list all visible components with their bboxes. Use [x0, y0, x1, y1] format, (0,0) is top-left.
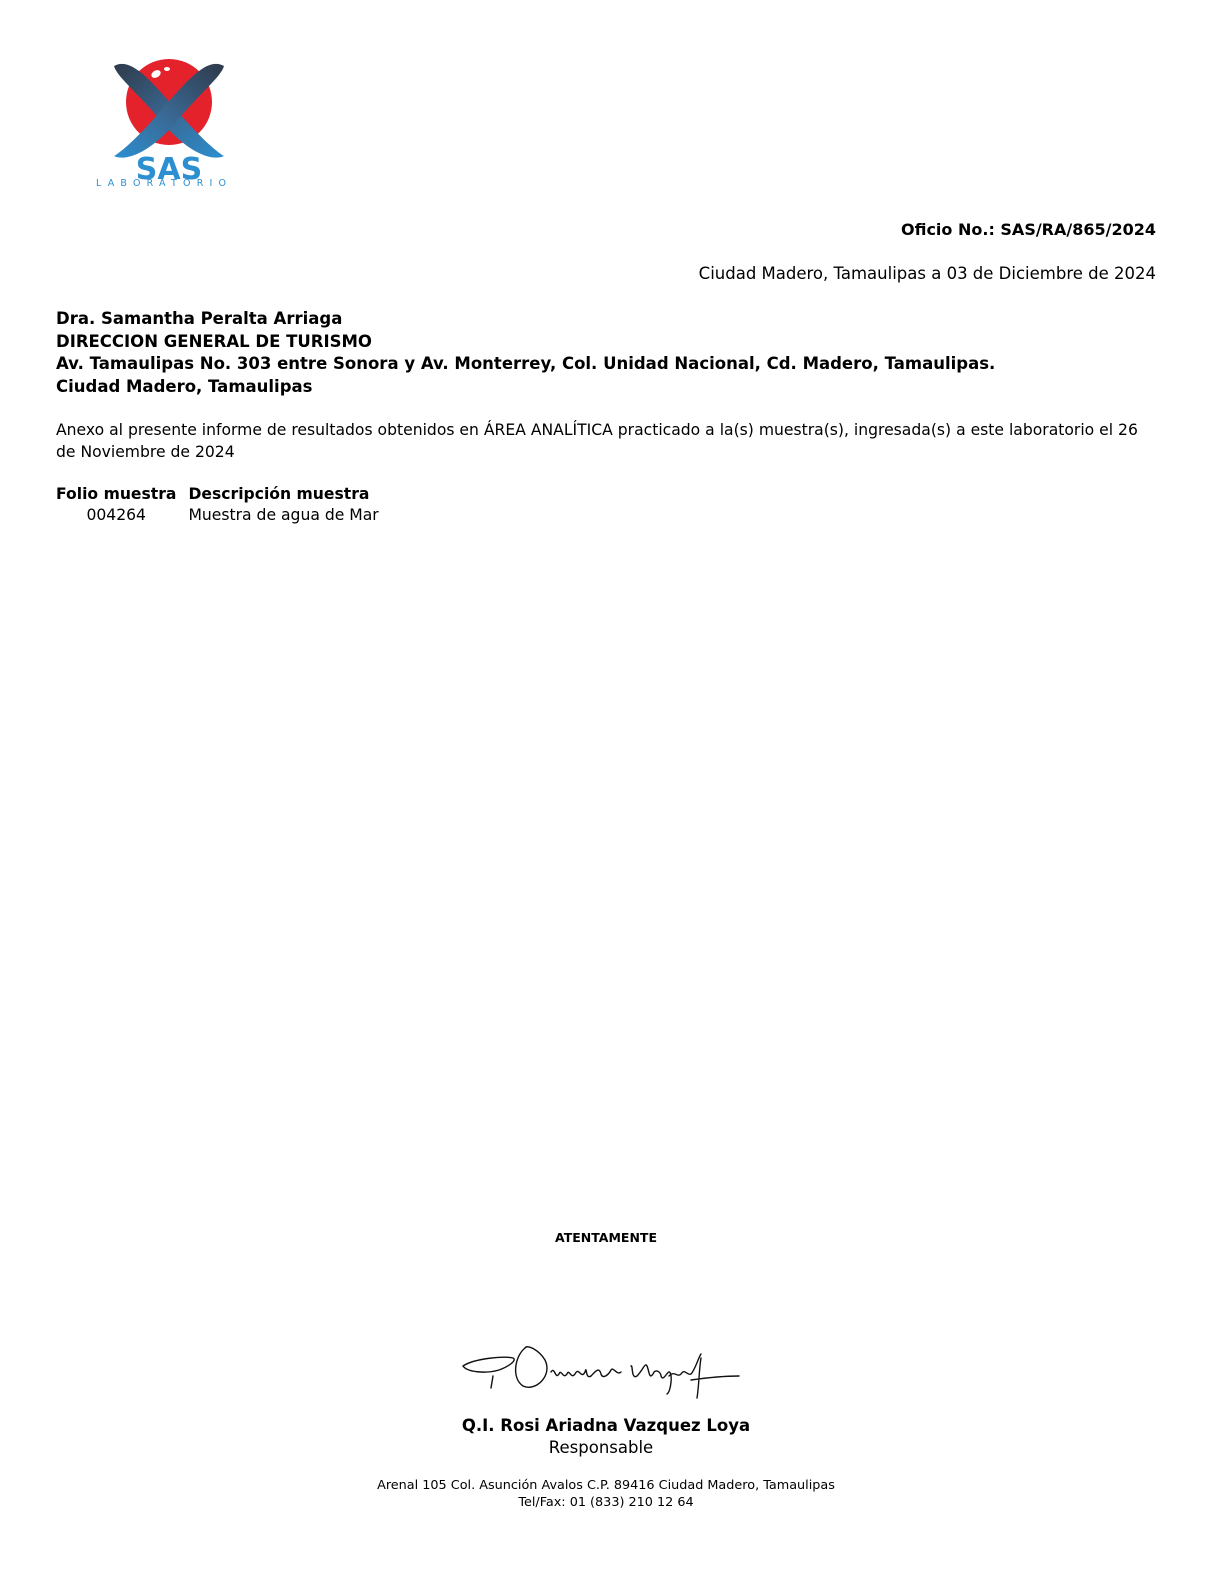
- recipient-city: Ciudad Madero, Tamaulipas: [56, 376, 995, 399]
- footer-address: Arenal 105 Col. Asunción Avalos C.P. 894…: [0, 1477, 1212, 1494]
- recipient-name: Dra. Samantha Peralta Arriaga: [56, 308, 995, 331]
- column-header-descripcion: Descripción muestra: [188, 484, 390, 505]
- recipient-address: Av. Tamaulipas No. 303 entre Sonora y Av…: [56, 353, 995, 376]
- handwritten-signature-icon: [455, 1336, 745, 1408]
- footer-phone: Tel/Fax: 01 (833) 210 12 64: [0, 1494, 1212, 1511]
- table-row: 004264 Muestra de agua de Mar: [56, 505, 391, 526]
- document-date: Ciudad Madero, Tamaulipas a 03 de Diciem…: [699, 264, 1156, 283]
- column-header-folio: Folio muestra: [56, 484, 188, 505]
- sas-laboratorio-logo: SAS: [92, 52, 252, 197]
- oficio-number: Oficio No.: SAS/RA/865/2024: [901, 220, 1156, 239]
- logo-subtitle: LABORATORIO: [96, 178, 246, 189]
- signature: [455, 1336, 745, 1408]
- intro-paragraph: Anexo al presente informe de resultados …: [56, 419, 1156, 463]
- signer-name: Q.I. Rosi Ariadna Vazquez Loya: [0, 1416, 1212, 1435]
- sample-folio: 004264: [56, 505, 188, 526]
- closing-salutation: ATENTAMENTE: [0, 1230, 1212, 1245]
- signer-role: Responsable: [0, 1438, 1202, 1457]
- sample-description: Muestra de agua de Mar: [188, 505, 390, 526]
- logo-atom-icon: SAS: [92, 52, 252, 182]
- samples-table: Folio muestra Descripción muestra 004264…: [56, 484, 391, 526]
- recipient-organization: DIRECCION GENERAL DE TURISMO: [56, 331, 995, 354]
- footer: Arenal 105 Col. Asunción Avalos C.P. 894…: [0, 1477, 1212, 1511]
- recipient-block: Dra. Samantha Peralta Arriaga DIRECCION …: [56, 308, 995, 398]
